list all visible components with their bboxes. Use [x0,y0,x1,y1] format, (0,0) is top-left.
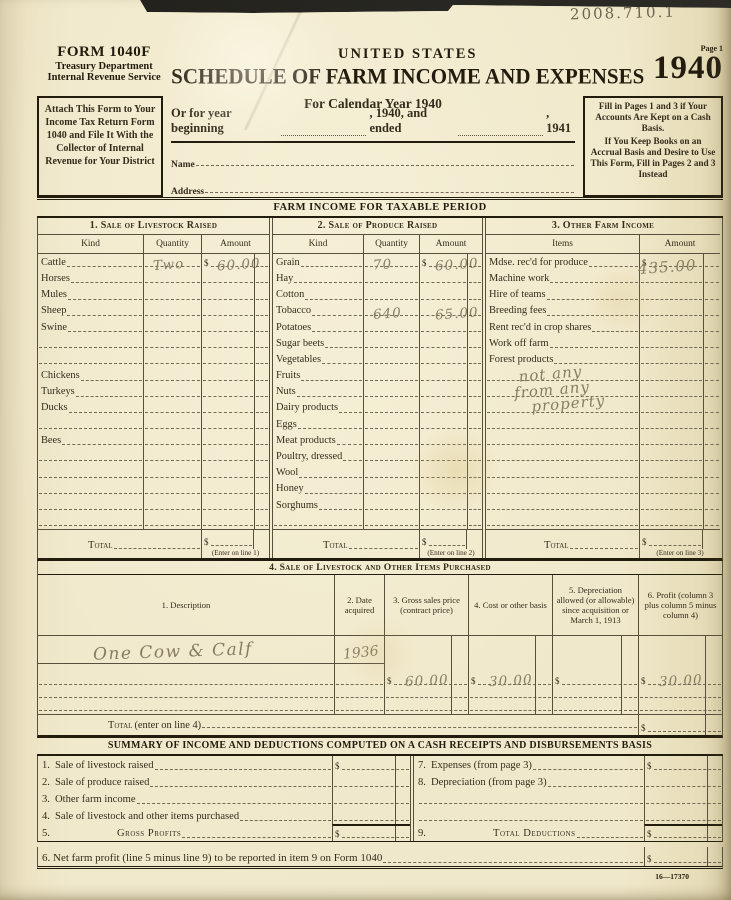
amount-cell [201,432,254,448]
handwritten-note: not any from any property [518,362,606,416]
profit-cell: $30.00 [638,664,722,688]
line-label: Depreciation (from page 3) [431,777,547,790]
total-label-area: Total [273,530,419,558]
enter-on-line-note: (Enter on line 2) [420,549,482,558]
kind-label: Chickens [38,371,80,383]
dotted-leader [155,769,331,770]
table-row: Grain 70 $60.00 [273,254,482,270]
summary-section-title: SUMMARY OF INCOME AND DEDUCTIONS COMPUTE… [37,738,723,756]
cents-cell [467,513,482,529]
dotted-leader [469,428,481,429]
dotted-leader [365,477,418,478]
dotted-leader [305,493,362,494]
dotted-leader [649,545,702,546]
cents-cell [703,464,720,480]
quantity-cell [143,497,201,513]
dotted-leader [39,477,142,478]
dotted-leader [365,380,418,381]
item-label: Hire of teams [486,290,546,302]
quantity-cell [143,286,201,302]
farm-income-tables: 1. Sale of Livestock Raised Kind Quantit… [37,218,723,561]
produce-total-row: Total $ (Enter on line 2) [273,529,482,558]
dotted-leader [342,837,410,838]
summary-right-column: 7.Expenses (from page 3) $ 8.Depreciatio… [414,756,722,841]
dotted-leader [705,460,719,461]
dotted-leader [274,525,362,526]
livestock-total-row: Total $ (Enter on line 1) [38,529,269,558]
amount-cell [419,384,467,400]
item-cell: Rent rec'd in crop shares [486,319,639,335]
kind-column-header: Kind [273,235,363,253]
dotted-leader [386,697,467,698]
dotted-leader [469,299,481,300]
dotted-leader [39,710,333,711]
kind-cell: Ducks [38,400,143,416]
quantity-cell [143,481,201,497]
quantity-column-header: Quantity [143,235,201,253]
amount-cell [201,303,254,319]
kind-label: Swine [38,323,67,335]
net-farm-profit-row: 6. Net farm profit (line 5 minus line 9)… [37,847,723,869]
cents-cell [703,400,720,416]
form-paper: 2008.710.1 FORM 1040F Treasury Departmen… [0,0,731,900]
dotted-leader [487,428,638,429]
dotted-leader [349,548,418,549]
kind-label: Wool [273,468,298,480]
profit-cell [638,688,722,701]
cents-cell [703,254,720,270]
attach-instructions-box: Attach This Form to Your Income Tax Retu… [37,96,163,197]
cents-cell [254,497,269,513]
cents-cell [467,286,482,302]
dotted-leader [641,428,702,429]
dotted-leader [256,525,268,526]
summary-row-label: 7.Expenses (from page 3) [414,756,644,773]
gross-sales-cell [384,688,468,701]
item-label: Work off farm [486,339,549,351]
amount-cell [639,335,703,351]
dotted-leader [203,299,253,300]
dotted-leader [469,525,481,526]
table-row: Horses [38,270,269,286]
dotted-leader [548,786,643,787]
dotted-leader [365,412,418,413]
table-row: Swine [38,319,269,335]
dollar-sign: $ [333,761,341,773]
fill-instructions-box: Fill in Pages 1 and 3 if Your Accounts A… [583,96,723,197]
enter-on-line-note: (Enter on line 1) [202,549,269,558]
scanned-document: 2008.710.1 FORM 1040F Treasury Departmen… [0,0,731,900]
dotted-leader [641,493,702,494]
dotted-leader [421,396,466,397]
depreciation-cell [552,636,638,664]
dotted-leader [589,266,638,267]
amount-cell [639,481,703,497]
purchased-amounts-row: $60.00 $30.00 $ $30.00 [38,664,722,688]
dotted-leader [39,509,142,510]
kind-label: Cotton [273,290,304,302]
cents-cell [254,432,269,448]
amount-column-header: Amount [201,235,269,253]
kind-label: Dairy products [273,403,338,415]
table-row [486,432,720,448]
quantity-cell [363,400,419,416]
dotted-leader [419,820,643,821]
table-row: Forest products [486,351,720,367]
dotted-leader [469,493,481,494]
dotted-leader [256,299,268,300]
country-title: UNITED STATES [171,46,644,63]
amount-cell [201,384,254,400]
dotted-leader [421,460,466,461]
dotted-leader [145,525,200,526]
dotted-leader [469,396,481,397]
total-label-area: Total [38,530,201,558]
dotted-leader [256,282,268,283]
dotted-leader [336,684,383,685]
amount-cell [639,432,703,448]
kind-label: Hay [273,274,293,286]
cents-cell [467,254,482,270]
kind-cell: Horses [38,270,143,286]
quantity-cell [143,351,201,367]
kind-cell: Sheep [38,303,143,319]
dotted-leader [256,412,268,413]
item-cell [486,464,639,480]
amount-cell [419,286,467,302]
total-money-line: $ [202,530,269,549]
net-profit-label-area: 6. Net farm profit (line 5 minus line 9)… [38,847,644,866]
summary-amount-cell [332,790,410,807]
item-cell: Work off farm [486,335,639,351]
quantity-cell [363,497,419,513]
dotted-leader [421,299,466,300]
kind-cell: Grain [273,254,363,270]
cents-cell [467,497,482,513]
dotted-leader [592,331,638,332]
amount-cell [639,416,703,432]
table-row [486,448,720,464]
livestock-table-header: Kind Quantity Amount [38,235,269,254]
dotted-leader [62,444,142,445]
dotted-leader [469,347,481,348]
form-title: SCHEDULE OF FARM INCOME AND EXPENSES [171,63,644,90]
line-label: Other farm income [55,794,136,807]
dotted-leader [705,509,719,510]
table-row: Eggs [273,416,482,432]
line-label: Expenses (from page 3) [431,760,532,773]
cents-cell [254,254,269,270]
dollar-sign: $ [553,676,561,688]
address-label: Address [171,187,204,197]
purchased-entry-row: One Cow & Calf 1936 [38,636,722,664]
dotted-leader [419,803,643,804]
dotted-leader [256,380,268,381]
cents-cell [703,384,720,400]
amount-cell [201,464,254,480]
table-row: Turkeys [38,384,269,400]
form-header: FORM 1040F Treasury Department Internal … [37,44,723,89]
kind-cell: Wool [273,464,363,480]
table-row: Honey [273,481,482,497]
kind-cell [38,335,143,351]
dollar-sign: $ [202,537,210,549]
cents-cell [254,351,269,367]
cents-cell [254,448,269,464]
accession-number-annotation: 2008.710.1 [570,3,676,24]
table-row: Dairy products [273,400,482,416]
kind-label: Honey [273,484,304,496]
dotted-leader [421,347,466,348]
dotted-leader [421,282,466,283]
kind-label: Eggs [273,420,297,432]
cents-cell [703,286,720,302]
summary-amount-cell [332,773,410,790]
total-label: Total [108,720,132,731]
dotted-leader [298,428,362,429]
dotted-leader [570,548,638,549]
table-row [486,416,720,432]
address-blank [205,192,574,193]
cents-cell [703,270,720,286]
dotted-leader [365,509,418,510]
quantity-cell [363,286,419,302]
amount-cell [639,286,703,302]
table-row [38,513,269,529]
table-row [486,481,720,497]
dollar-sign: $ [420,537,428,549]
produce-rows: Grain 70 $60.00 Hay [273,254,482,529]
year-begin-prefix: Or for year beginning [171,106,278,136]
year-begin-suffix: , 1941 [546,106,575,136]
summary-row-label: 9.Total Deductions [414,824,644,841]
dotted-leader [641,363,702,364]
item-cell: Breeding fees [486,303,639,319]
subheader-middle: For Calendar Year 1940 Or for year begin… [163,96,583,197]
amount-cell [201,351,254,367]
name-blank [196,165,574,166]
form-number: FORM 1040F [37,44,171,61]
table-row: Nuts [273,384,482,400]
produce-table-title: 2. Sale of Produce Raised [273,218,482,235]
dotted-leader [705,282,719,283]
table-row [38,464,269,480]
table-row: Poultry, dressed [273,448,482,464]
dotted-leader [256,444,268,445]
dotted-leader [76,396,142,397]
livestock-table-title: 1. Sale of Livestock Raised [38,218,269,235]
table-row: Chickens [38,367,269,383]
dotted-leader [365,525,418,526]
description-cell [38,701,334,714]
dotted-leader [469,266,481,267]
amount-cell [639,384,703,400]
dotted-leader [319,509,362,510]
quantity-cell [143,384,201,400]
cost-basis-cell: $30.00 [468,664,552,688]
dotted-leader [256,428,268,429]
dotted-leader [39,428,142,429]
dotted-leader [654,837,722,838]
kind-label: Potatoes [273,323,311,335]
amount-cell [419,432,467,448]
kind-cell [38,513,143,529]
dotted-leader [646,786,721,787]
cents-cell [703,513,720,529]
dotted-leader [145,412,200,413]
dotted-leader [705,396,719,397]
cents-cell [254,319,269,335]
summary-row-label: 1.Sale of livestock raised [38,756,332,773]
dotted-leader [203,509,253,510]
fill-note-2: If You Keep Books on an Accrual Basis an… [589,136,717,180]
dotted-leader [421,363,466,364]
kind-column-header: Kind [38,235,143,253]
dotted-leader [145,282,200,283]
dotted-leader [469,509,481,510]
dotted-leader [203,444,253,445]
summary-row-label [414,807,644,824]
quantity-cell [363,270,419,286]
total-label: Total [323,540,348,551]
summary-row-label: 2.Sale of produce raised [38,773,332,790]
dotted-leader [114,548,200,549]
dotted-leader [562,684,638,685]
dotted-leader [469,282,481,283]
kind-cell [38,351,143,367]
amount-cell [419,497,467,513]
cents-divider [466,530,482,549]
dotted-leader [202,727,637,728]
kind-cell: Meat products [273,432,363,448]
quantity-cell [143,513,201,529]
kind-cell: Tobacco [273,303,363,319]
dotted-leader [145,347,200,348]
summary-row: 4.Sale of livestock and other items purc… [38,807,410,824]
fill-note-1: Fill in Pages 1 and 3 if Your Accounts A… [589,101,717,134]
dotted-leader [365,493,418,494]
cents-cell [467,270,482,286]
dotted-leader [67,315,142,316]
dotted-leader [550,347,638,348]
quantity-cell [143,303,201,319]
cents-cell [703,367,720,383]
dotted-leader [547,299,638,300]
cents-cell [467,351,482,367]
amount-cell [419,351,467,367]
table-row [38,335,269,351]
dotted-leader [705,331,719,332]
table-row [486,513,720,529]
enter-on-line-note: (Enter on line 3) [640,549,720,558]
dotted-leader [654,769,722,770]
summary-row-label: 8.Depreciation (from page 3) [414,773,644,790]
dotted-leader [705,380,719,381]
dotted-leader [203,363,253,364]
total-money-line: $ [420,530,482,549]
amount-cell [201,367,254,383]
item-label: Breeding fees [486,306,546,318]
summary-amount-cell [644,773,722,790]
dotted-leader [203,315,253,316]
dotted-leader [554,697,637,698]
quantity-cell [363,367,419,383]
gross-sales-cell [384,636,468,664]
amount-cell [419,400,467,416]
dotted-leader [145,363,200,364]
kind-cell: Fruits [273,367,363,383]
dotted-leader [39,684,333,685]
quantity-cell [143,432,201,448]
amount-cell [419,270,467,286]
gross-sales-cell [384,701,468,714]
line-number: 9. [418,828,431,841]
quantity-cell [363,481,419,497]
total-money-line: $ [640,530,720,549]
line-number: 8. [418,777,431,790]
enter-on-line-note: (enter on line 4) [134,720,201,731]
date-acquired-cell: 1936 [334,636,384,664]
item-cell [486,497,639,513]
summary-row: 1.Sale of livestock raised $ [38,756,410,773]
kind-label: Ducks [38,403,68,415]
amount-cell [201,513,254,529]
amount-column-header: Amount [419,235,482,253]
amount-cell [419,319,467,335]
dotted-leader [39,347,142,348]
print-plate-number: 16—17370 [37,869,723,881]
dotted-leader [145,428,200,429]
dotted-leader [150,786,331,787]
dotted-leader [365,363,418,364]
dollar-sign: $ [640,537,648,549]
description-cell [38,688,334,701]
kind-label: Nuts [273,387,296,399]
year-begin-blank [281,125,366,136]
dotted-leader [256,493,268,494]
table-row: Cattle Two $60.00 [38,254,269,270]
purchased-blank-row [38,688,722,701]
kind-cell [38,464,143,480]
amount-cell [201,319,254,335]
cents-cell [467,400,482,416]
dotted-leader [334,803,409,804]
dotted-leader [337,444,362,445]
dotted-leader [705,444,719,445]
dotted-leader [487,477,638,478]
dotted-leader [39,363,142,364]
kind-label: Fruits [273,371,300,383]
amount-cell [639,400,703,416]
summary-section: SUMMARY OF INCOME AND DEDUCTIONS COMPUTE… [37,738,723,869]
dotted-leader [365,428,418,429]
dotted-leader [641,396,702,397]
kind-label: Grain [273,258,300,270]
dotted-leader [203,412,253,413]
dollar-sign: $ [202,258,210,270]
amount-cell [201,497,254,513]
dotted-leader [145,444,200,445]
cents-cell [703,319,720,335]
table-row [486,497,720,513]
dotted-leader [470,710,551,711]
kind-cell: Sorghums [273,497,363,513]
produce-table-header: Kind Quantity Amount [273,235,482,254]
quantity-cell [363,335,419,351]
kind-cell: Cotton [273,286,363,302]
quantity-cell [363,464,419,480]
cents-cell [703,481,720,497]
